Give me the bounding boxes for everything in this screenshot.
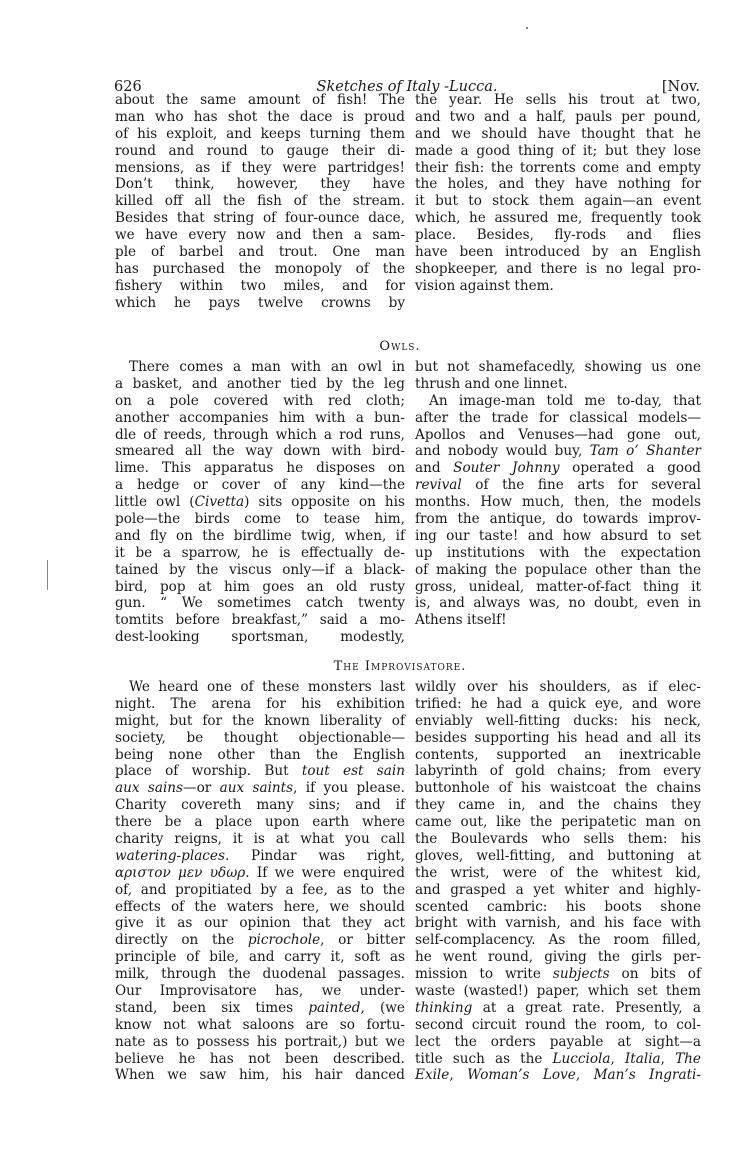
text-line: is, and always was, no doubt, even in bbox=[415, 595, 701, 612]
text-line: and grasped a yet whiter and highly- bbox=[415, 882, 701, 899]
section1-left-column: about the same amount of fish! Theman wh… bbox=[115, 92, 405, 312]
text-line: Don’t think, however, they have bbox=[115, 176, 405, 193]
text-line: after the trade for classical models— bbox=[415, 410, 701, 427]
text-line: has purchased the monopoly of the bbox=[115, 261, 405, 278]
text-line: Athens itself! bbox=[415, 612, 701, 629]
text-line: came out, like the peripatetic man on bbox=[415, 814, 701, 831]
text-line: but not shamefacedly, showing us one bbox=[415, 359, 701, 376]
text-line: have been introduced by an English bbox=[415, 244, 701, 261]
text-line: enviably well-fitting ducks: his neck, bbox=[415, 713, 701, 730]
text-line: bird, pop at him goes an old rusty bbox=[115, 579, 405, 596]
text-line: revival of the fine arts for several bbox=[415, 477, 701, 494]
text-line: the holes, and they have nothing for bbox=[415, 176, 701, 193]
text-line: ing our taste! and how absurd to set bbox=[415, 528, 701, 545]
text-line: fishery within two miles, and for bbox=[115, 278, 405, 295]
text-line: of, and propitiated by a fee, as to the bbox=[115, 882, 405, 899]
text-line: and two and a half, pauls per pound, bbox=[415, 109, 701, 126]
text-line: on a pole covered with red cloth; bbox=[115, 393, 405, 410]
text-line: milk, through the duodenal passages. bbox=[115, 966, 405, 983]
text-line: society, be thought objectionable— bbox=[115, 730, 405, 747]
section1-right-column: the year. He sells his trout at two,and … bbox=[415, 92, 701, 295]
text-line: another accompanies him with a bun- bbox=[115, 410, 405, 427]
text-line: and fly on the birdlime twig, when, if bbox=[115, 528, 405, 545]
text-line: wildly over his shoulders, as if elec- bbox=[415, 679, 701, 696]
text-line: Charity covereth many sins; and if bbox=[115, 797, 405, 814]
text-line: trified: he had a quick eye, and wore bbox=[415, 696, 701, 713]
text-line: up institutions with the expectation bbox=[415, 545, 701, 562]
text-line: round and round to gauge their di- bbox=[115, 143, 405, 160]
text-line: and we should have thought that he bbox=[415, 126, 701, 143]
text-line: of making the populace other than the bbox=[415, 562, 701, 579]
text-line: labyrinth of gold chains; from every bbox=[415, 763, 701, 780]
text-line: the Boulevards who sells them: his bbox=[415, 831, 701, 848]
text-line: gun. “ We sometimes catch twenty bbox=[115, 595, 405, 612]
text-line: We heard one of these monsters last bbox=[115, 679, 405, 696]
text-line: title such as the Lucciola, Italia, The bbox=[415, 1051, 701, 1068]
text-line: months. How much, then, the models bbox=[415, 494, 701, 511]
text-line: gross, unideal, matter-of-fact thing it bbox=[415, 579, 701, 596]
text-line: second circuit round the room, to col- bbox=[415, 1017, 701, 1034]
text-line: besides supporting his head and all its bbox=[415, 730, 701, 747]
text-line: tomtits before breakfast,” said a mo- bbox=[115, 612, 405, 629]
text-line: directly on the picrochole, or bitter bbox=[115, 932, 405, 949]
text-line: the year. He sells his trout at two, bbox=[415, 92, 701, 109]
section2-left-column: There comes a man with an owl ina basket… bbox=[115, 359, 405, 646]
text-line: buttonhole of his waistcoat the chains bbox=[415, 780, 701, 797]
text-line: and Souter Johnny operated a good bbox=[415, 460, 701, 477]
text-line: lime. This apparatus he disposes on bbox=[115, 460, 405, 477]
text-line: self-complacency. As the room filled, bbox=[415, 932, 701, 949]
text-line: Besides that string of four-ounce dace, bbox=[115, 210, 405, 227]
text-line: man who has shot the dace is proud bbox=[115, 109, 405, 126]
text-line: a hedge or cover of any kind—the bbox=[115, 477, 405, 494]
text-line: nate as to possess his portrait,) but we bbox=[115, 1034, 405, 1051]
text-line: he went round, giving the girls per- bbox=[415, 949, 701, 966]
text-line: thrush and one linnet. bbox=[415, 376, 701, 393]
text-line: little owl (Civetta) sits opposite on hi… bbox=[115, 494, 405, 511]
text-line: principle of bile, and carry it, soft as bbox=[115, 949, 405, 966]
text-line: smeared all the way down with bird- bbox=[115, 443, 405, 460]
text-line: watering-places. Pindar was right, bbox=[115, 848, 405, 865]
text-line: there be a place upon earth where bbox=[115, 814, 405, 831]
section-heading-improvisatore: The Improvisatore. bbox=[100, 658, 700, 676]
text-line: being none other than the English bbox=[115, 747, 405, 764]
text-line: we have every now and then a sam- bbox=[115, 227, 405, 244]
text-line: which he pays twelve crowns by bbox=[115, 295, 405, 312]
text-line: When we saw him, his hair danced bbox=[115, 1067, 405, 1084]
text-line: Our Improvisatore has, we under- bbox=[115, 983, 405, 1000]
text-line: their fish: the torrents come and empty bbox=[415, 160, 701, 177]
text-line: from the antique, do towards improv- bbox=[415, 511, 701, 528]
text-line: waste (wasted!) paper, which set them bbox=[415, 983, 701, 1000]
text-line: made a good thing of it; but they lose bbox=[415, 143, 701, 160]
document-page: 626 Sketches of Italy -Lucca. [Nov. abou… bbox=[0, 0, 749, 1155]
text-line: An image-man told me to-day, that bbox=[415, 393, 701, 410]
text-line: charity reigns, it is at what you call bbox=[115, 831, 405, 848]
text-line: gloves, well-fitting, and buttoning at bbox=[415, 848, 701, 865]
text-line: night. The arena for his exhibition bbox=[115, 696, 405, 713]
text-line: mensions, as if they were partridges! bbox=[115, 160, 405, 177]
text-line: the wrist, were of the whitest kid, bbox=[415, 865, 701, 882]
section2-right-column: but not shamefacedly, showing us onethru… bbox=[415, 359, 701, 629]
section-heading-owls: Owls. bbox=[100, 338, 700, 356]
text-line: shopkeeper, and there is no legal pro- bbox=[415, 261, 701, 278]
text-line: mission to write subjects on bits of bbox=[415, 966, 701, 983]
text-line: bright with varnish, and his face with bbox=[415, 915, 701, 932]
text-line: ple of barbel and trout. One man bbox=[115, 244, 405, 261]
text-line: pole—the birds come to tease him, bbox=[115, 511, 405, 528]
margin-mark bbox=[47, 560, 48, 590]
text-line: αριστον μεν υδωρ. If we were enquired bbox=[115, 865, 405, 882]
text-line: and nobody would buy, Tam o’ Shanter bbox=[415, 443, 701, 460]
text-line: vision against them. bbox=[415, 278, 701, 295]
text-line: it be a sparrow, he is effectually de- bbox=[115, 545, 405, 562]
text-line: dle of reeds, through which a rod runs, bbox=[115, 427, 405, 444]
section3-right-column: wildly over his shoulders, as if elec-tr… bbox=[415, 679, 701, 1084]
text-line: dest-looking sportsman, modestly, bbox=[115, 629, 405, 646]
text-line: contents, supported an inextricable bbox=[415, 747, 701, 764]
text-line: of his exploit, and keeps turning them bbox=[115, 126, 405, 143]
text-line: tained by the viscus only—if a black- bbox=[115, 562, 405, 579]
text-line: lect the orders payable at sight—a bbox=[415, 1034, 701, 1051]
text-line: believe he has not been described. bbox=[115, 1051, 405, 1068]
text-line: it but to stock them again—an event bbox=[415, 193, 701, 210]
text-line: scented cambric: his boots shone bbox=[415, 899, 701, 916]
print-speck bbox=[526, 27, 528, 29]
text-line: which, he assured me, frequently took bbox=[415, 210, 701, 227]
text-line: thinking at a great rate. Presently, a bbox=[415, 1000, 701, 1017]
text-line: stand, been six times painted, (we bbox=[115, 1000, 405, 1017]
text-line: a basket, and another tied by the leg bbox=[115, 376, 405, 393]
text-line: give it as our opinion that they act bbox=[115, 915, 405, 932]
text-line: Apollos and Venuses—had gone out, bbox=[415, 427, 701, 444]
text-line: Exile, Woman’s Love, Man’s Ingrati- bbox=[415, 1067, 701, 1084]
text-line: aux sains—or aux saints, if you please. bbox=[115, 780, 405, 797]
text-line: There comes a man with an owl in bbox=[115, 359, 405, 376]
text-line: effects of the waters here, we should bbox=[115, 899, 405, 916]
text-line: might, but for the known liberality of bbox=[115, 713, 405, 730]
text-line: killed off all the fish of the stream. bbox=[115, 193, 405, 210]
text-line: place. Besides, fly-rods and flies bbox=[415, 227, 701, 244]
section3-left-column: We heard one of these monsters lastnight… bbox=[115, 679, 405, 1084]
text-line: they came in, and the chains they bbox=[415, 797, 701, 814]
text-line: know not what saloons are so fortu- bbox=[115, 1017, 405, 1034]
text-line: about the same amount of fish! The bbox=[115, 92, 405, 109]
text-line: place of worship. But tout est sain bbox=[115, 763, 405, 780]
